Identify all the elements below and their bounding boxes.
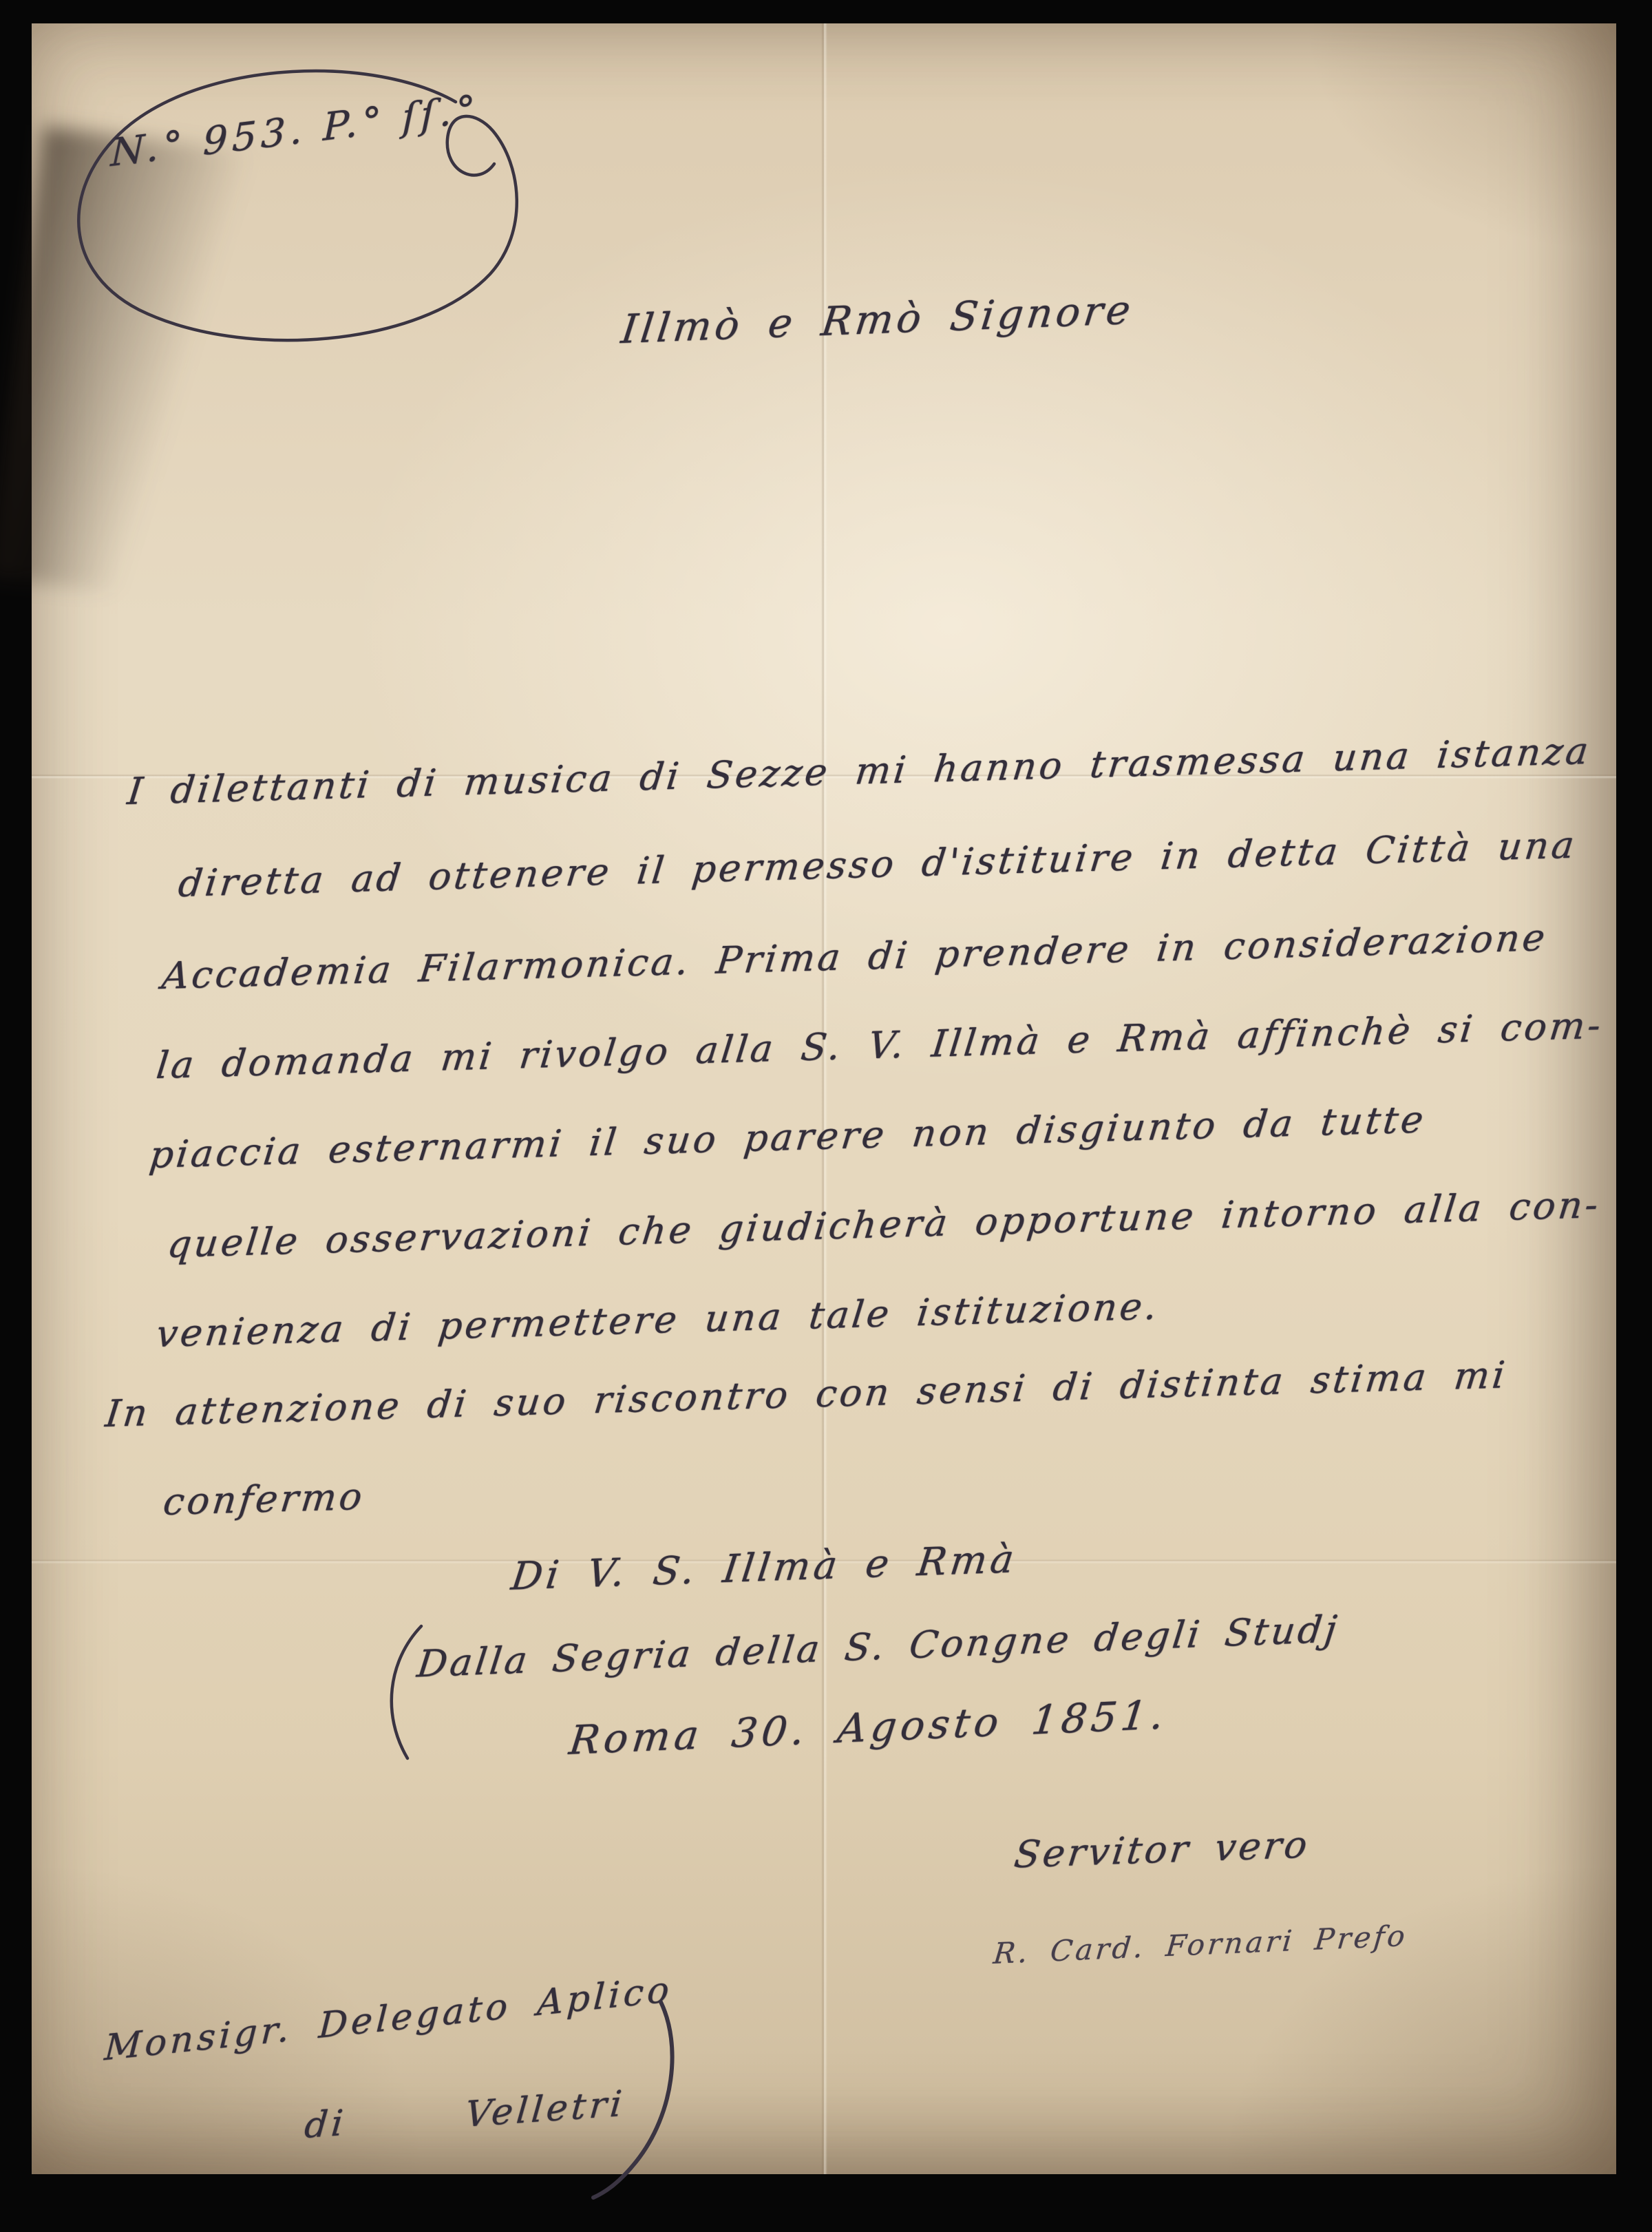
body-line: confermo [161,1475,367,1524]
page-frame: N.° 953. P.° ſſ.° Illmò e Rmò Signore I … [0,0,1652,2232]
